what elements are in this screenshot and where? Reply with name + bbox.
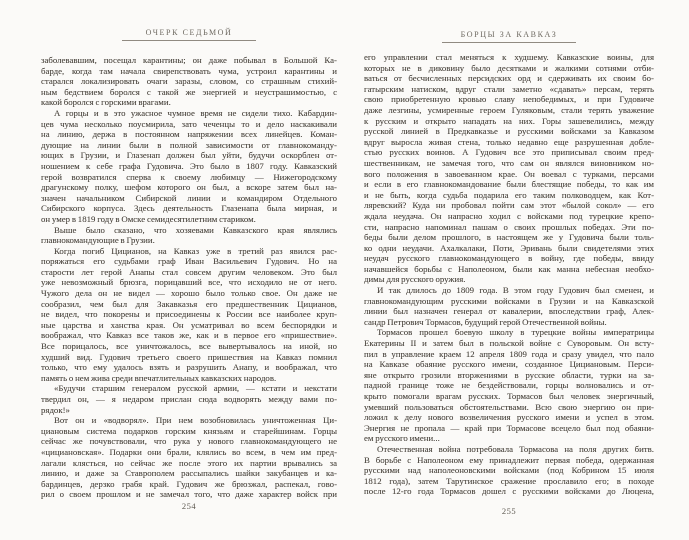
text-line: линию, и даже за Ставрополем рассыпались… [41,468,337,479]
text-line: Все порицалось, все уничтожалось, все вы… [41,341,337,352]
text-line: циановым система подарков горским князья… [41,426,337,437]
text-line: «цициановская». Подарки они брали, кляли… [41,447,337,458]
left-page: ОЧЕРК СЕДЬМОЙ заболевавшим, посещал кара… [41,0,337,540]
text-line: к русским и открыто нападать на них. Гор… [364,116,654,127]
text-line: Отечественная война потребовала Тормасов… [364,444,654,455]
text-line: И так длилось до 1809 года. В этом году … [364,285,654,296]
text-line: свою приобретенную кровью славу непобеди… [364,94,654,105]
text-line: гатырским натиском, вдруг стали заметно … [364,84,654,95]
text-line: шественникам, не замечая того, что сам о… [364,158,654,169]
text-line: Выше было сказано, что хозяевами Кавказс… [41,225,337,236]
text-line: яне открыто грозили вторжениями в русски… [364,370,654,381]
text-line: цев чума несколько поусмирила, зато чече… [41,119,337,130]
text-line: димы для русского оружия. [364,274,654,285]
text-line: старости лет герой Анапы стал совсем дру… [41,267,337,278]
text-line: значен начальником Сибирской линии и ком… [41,193,337,204]
text-line: русской линией в Предкавказье и русскими… [364,126,654,137]
right-page: БОРЦЫ ЗА КАВКАЗ его управлении стал меня… [364,0,654,540]
text-line: В борьбе с Наполеоном ему принадлежит пе… [364,455,654,466]
text-line: вдруг выросла живая стена, только недавн… [364,137,654,148]
text-line: «Будучи старшим генералом русской армии,… [41,383,337,394]
text-line: ваться от бесчисленных персидских орд и … [364,73,654,84]
text-line: неудач русского главнокомандующего в вой… [364,253,654,264]
text-line: умевший пользоваться обстоятельствами. В… [364,402,654,413]
text-line: ждала неудача. Он напрасно ходил с войск… [364,211,654,222]
text-line: лагали клясться, но сейчас же после этог… [41,458,337,469]
text-line: Энергия не пропала — край при Тормасове … [364,423,654,434]
text-line: воображал, что Кавказ все таков же, как … [41,330,337,341]
text-line: ложил к делу нового возвеличения русског… [364,412,654,423]
text-line: он умер в 1819 году в Омске семидесятиле… [41,214,337,225]
page-text-right: его управлении стал меняться к худшему. … [364,52,654,497]
text-line: барде, когда там начала свирепствовать ч… [41,66,337,77]
text-line: Вот он и «водворял». При нем возобновила… [41,415,337,426]
text-line: пил в управление краем 12 апреля 1809 го… [364,349,654,360]
text-line: худший вид. Гудович третьего своего приш… [41,352,337,363]
text-line: дующие на линии были в полной зависимост… [41,140,337,151]
text-line: линии был назначен генерал от кавалерии,… [364,306,654,317]
text-line: Сибирского корпуса. Здесь деятельность Г… [41,203,337,214]
text-line: старался локализировать очаги заразы, сл… [41,76,337,87]
text-line: память о нем жива среди впечатлительных … [41,373,337,384]
page-text-left: заболевавшим, посещал карантины; он даже… [41,55,337,500]
text-line: поряжаться его судьбами граф Иван Василь… [41,256,337,267]
text-line: сти, напрасно напоминал пашам о своих пр… [364,222,654,233]
text-line: русскими над наполеоновскими войсками (п… [364,465,654,476]
page-number-right: 255 [364,506,654,516]
text-line: какой боролся с горскими врагами. [41,97,337,108]
paragraph: И так длилось до 1809 года. В этом году … [364,285,654,327]
text-line: бардинцев, дерзко грабя край. Гудович же… [41,479,337,490]
text-line: крыто помогали врагам русских. Тормасов … [364,391,654,402]
text-line: сандр Петрович Тормасов, будущий герой О… [364,317,654,328]
text-line: вого положения в завоеванном крае. Он во… [364,169,654,180]
text-line: на Кавказе обаяние русского имени, созда… [364,359,654,370]
text-line: и если в его главнокомандование были бле… [364,179,654,190]
paragraph: Вот он и «водворял». При нем возобновила… [41,415,337,500]
text-line: рядок!» [41,405,337,416]
text-line: стью русских воинов. А Гудович все это п… [364,147,654,158]
text-line: заболевавшим, посещал карантины; он даже… [41,55,337,66]
paragraph: «Будучи старшим генералом русской армии,… [41,383,337,415]
text-line: драгунскому полку, шефом которого он был… [41,182,337,193]
book-spread: ОЧЕРК СЕДЬМОЙ заболевавшим, посещал кара… [0,0,689,540]
text-line: только, что ему удалось взять и разрушит… [41,362,337,373]
running-header-right: БОРЦЫ ЗА КАВКАЗ [364,30,654,43]
text-line: ные царства и ханства края. Он усматрива… [41,320,337,331]
text-line: его управлении стал меняться к худшему. … [364,52,654,63]
text-line: Тормасов прошел боевую школу в турецкие … [364,327,654,338]
text-line: Екатерины II и затем был в польской войн… [364,338,654,349]
text-line: ным бедствием боролся с такой же энергие… [41,87,337,98]
text-line: герой возвратился сперва к своему любимц… [41,172,337,183]
text-line: ющих в Грузии, и Глазенап должен был уйт… [41,150,337,161]
text-line: сейчас же почувствовали, что рука у ново… [41,436,337,447]
text-line: главнокомандующие в Грузии. [41,235,337,246]
running-header-right-text: БОРЦЫ ЗА КАВКАЗ [364,30,654,39]
header-rule-right [442,42,576,43]
text-line: Когда погиб Цицианов, на Кавказ уже в тр… [41,246,337,257]
text-line: уже невозможный брюзга, порицавший все, … [41,277,337,288]
text-line: беды были делом прошлого, в настоящем же… [364,232,654,243]
running-header-left: ОЧЕРК СЕДЬМОЙ [41,28,337,41]
text-line: и не быть, когда судьба подарила его так… [364,190,654,201]
text-line: главнокомандующим русскими войсками в Гр… [364,296,654,307]
header-rule-left [122,40,256,41]
running-header-left-text: ОЧЕРК СЕДЬМОЙ [41,28,337,37]
text-line: даже лезгины, усмиренные героем Гуляковы… [364,105,654,116]
text-line: рил о своем прошлом и не замечал того, ч… [41,489,337,500]
text-line: ем русского имени... [364,433,654,444]
text-line: начавшейся борьбы с Наполеоном, были как… [364,264,654,275]
text-line: А горцы и в это ужасное чумное время не … [41,108,337,119]
paragraph: А горцы и в это ужасное чумное время не … [41,108,337,225]
text-line: 1812 года), затем Тарутинское сражение п… [364,476,654,487]
paragraph: Когда погиб Цицианов, на Кавказ уже в тр… [41,246,337,384]
text-line: ко одни неудачи. Ахалкалаки, Поти, Эрива… [364,243,654,254]
text-line: ляревский? Куда ни пробовал пойти сам эт… [364,200,654,211]
page-number-left: 254 [41,501,337,511]
paragraph: заболевавшим, посещал карантины; он даже… [41,55,337,108]
paragraph: Тормасов прошел боевую школу в турецкие … [364,327,654,444]
text-line: которых не в диковину было десятками и ж… [364,63,654,74]
text-line: Чужого дела он не видел — хорошо было то… [41,288,337,299]
paragraph: его управлении стал меняться к худшему. … [364,52,654,285]
paragraph: Отечественная война потребовала Тормасов… [364,444,654,497]
text-line: сообразил, чем был для Закавказья его пр… [41,299,337,310]
text-line: падной границе тоже не бездействовали, г… [364,380,654,391]
text-line: не видел, что покорены и присоединены к … [41,309,337,320]
text-line: после 12-го года Тормасов дошел с русски… [364,486,654,497]
text-line: на линию, держа в постоянном напряжении … [41,129,337,140]
paragraph: Выше было сказано, что хозяевами Кавказс… [41,225,337,246]
text-line: твердил он, — я недаром прислан сюда вод… [41,394,337,405]
text-line: ношением к себе графа Гудовича. Это было… [41,161,337,172]
